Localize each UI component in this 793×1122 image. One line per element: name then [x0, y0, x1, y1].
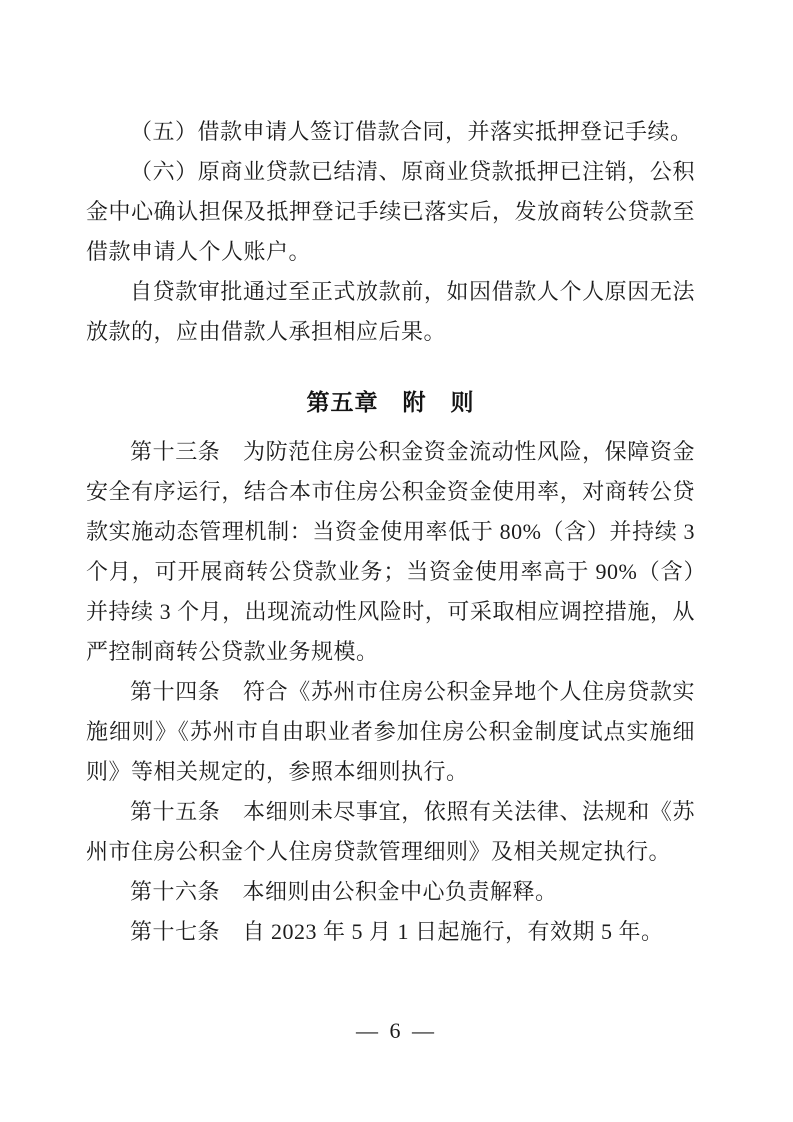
article-17: 第十七条 自 2023 年 5 月 1 日起施行，有效期 5 年。 — [86, 912, 695, 952]
loan-disbursement-note: 自贷款审批通过至正式放款前，如因借款人个人原因无法放款的，应由借款人承担相应后果… — [86, 272, 695, 352]
article-15: 第十五条 本细则未尽事宜，依照有关法律、法规和《苏州市住房公积金个人住房贷款管理… — [86, 792, 695, 872]
clause-item-6: （六）原商业贷款已结清、原商业贷款抵押已注销，公积金中心确认担保及抵押登记手续已… — [86, 152, 695, 272]
clause-item-5: （五）借款申请人签订借款合同，并落实抵押登记手续。 — [86, 112, 695, 152]
document-content: （五）借款申请人签订借款合同，并落实抵押登记手续。 （六）原商业贷款已结清、原商… — [86, 112, 695, 952]
page-number: — 6 — — [0, 1016, 793, 1046]
article-14: 第十四条 符合《苏州市住房公积金异地个人住房贷款实施细则》《苏州市自由职业者参加… — [86, 672, 695, 792]
document-page: （五）借款申请人签订借款合同，并落实抵押登记手续。 （六）原商业贷款已结清、原商… — [0, 0, 793, 1122]
article-13: 第十三条 为防范住房公积金资金流动性风险，保障资金安全有序运行，结合本市住房公积… — [86, 432, 695, 672]
chapter-heading: 第五章 附 则 — [86, 382, 695, 422]
article-16: 第十六条 本细则由公积金中心负责解释。 — [86, 872, 695, 912]
